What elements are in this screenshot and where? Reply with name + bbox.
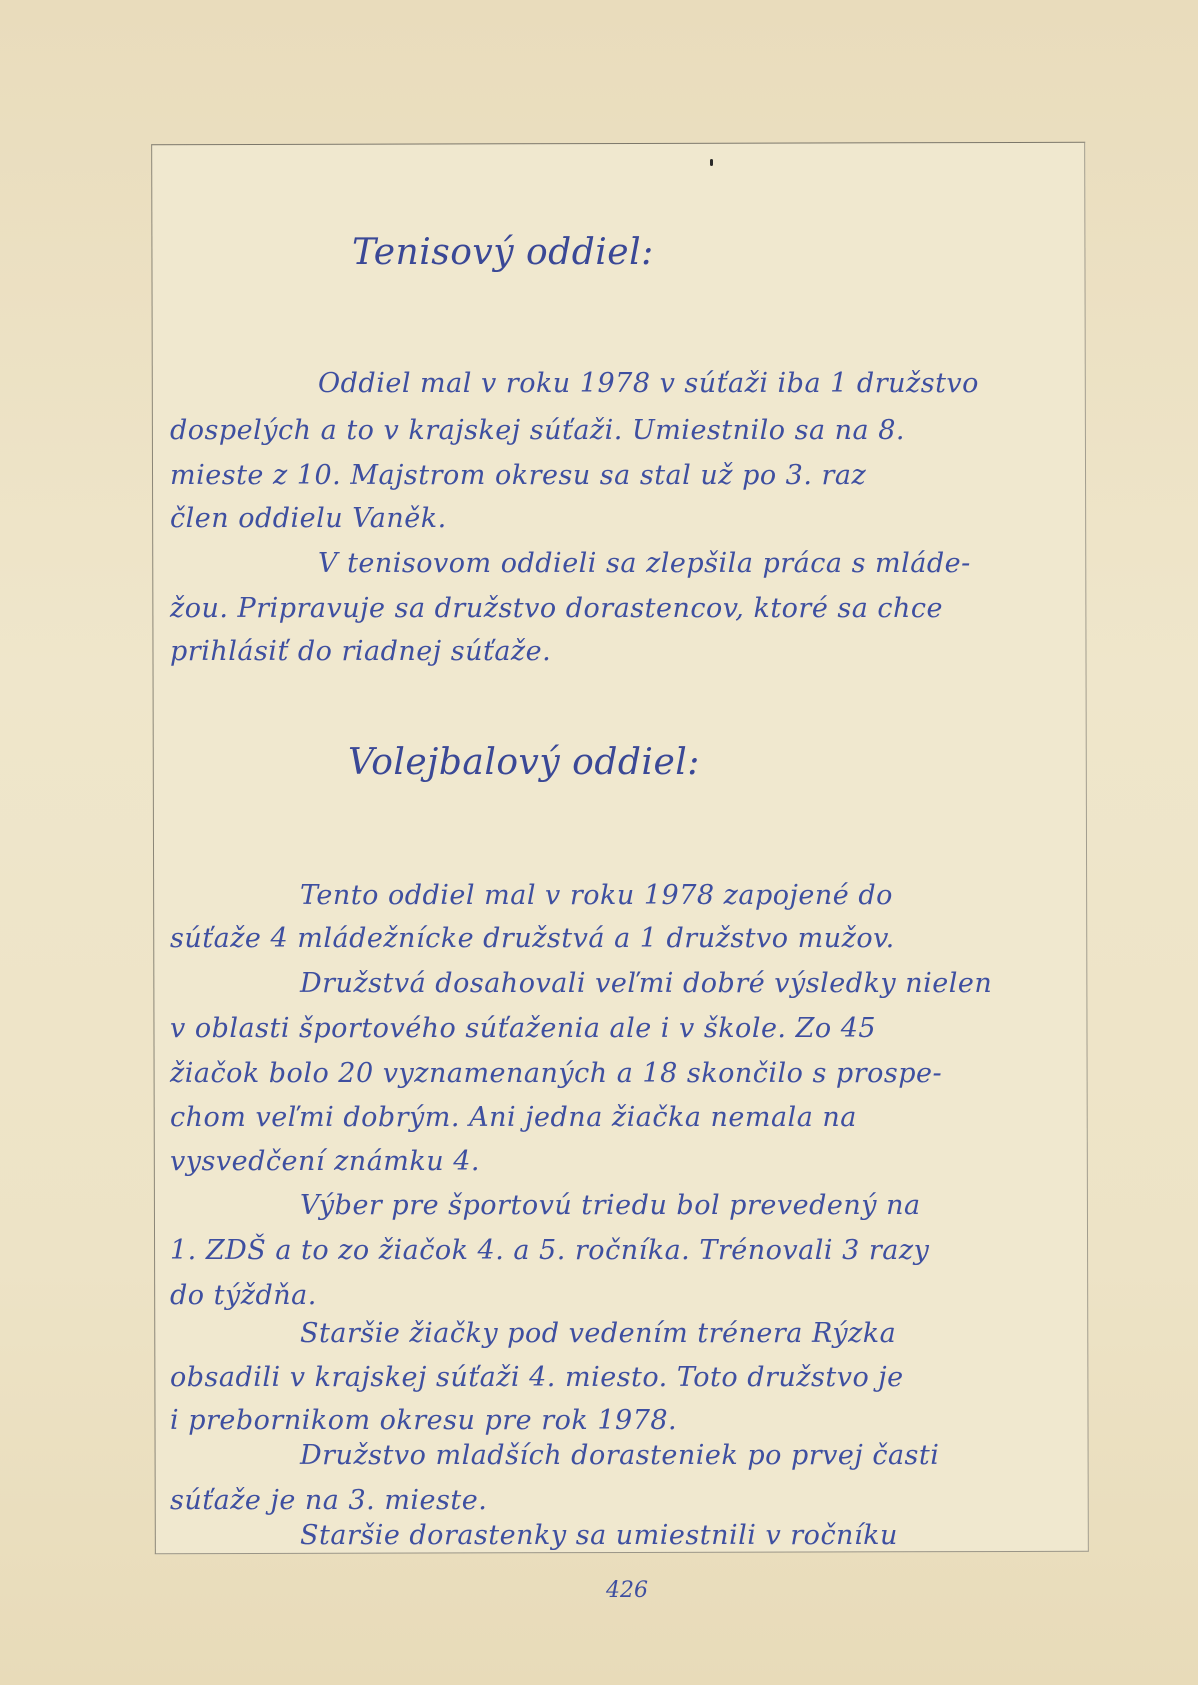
text-line: v oblasti športového súťaženia ale i v š… xyxy=(170,1013,876,1044)
text-line: Tento oddiel mal v roku 1978 zapojené do xyxy=(300,880,893,911)
text-line: dospelých a to v krajskej súťaži. Umiest… xyxy=(170,415,905,446)
section-heading-volleyball: Volejbalový oddiel: xyxy=(348,742,700,783)
text-line: žiačok bolo 20 vyznamenaných a 18 skonči… xyxy=(170,1058,942,1089)
text-line: 1. ZDŠ a to zo žiačok 4. a 5. ročníka. T… xyxy=(170,1235,929,1266)
text-line: V tenisovom oddieli sa zlepšila práca s … xyxy=(318,548,971,579)
text-line: mieste z 10. Majstrom okresu sa stal už … xyxy=(170,460,866,491)
text-line: žou. Pripravuje sa družstvo dorastencov,… xyxy=(170,593,943,624)
text-line: vysvedčení známku 4. xyxy=(170,1146,480,1177)
text-line: obsadili v krajskej súťaži 4. miesto. To… xyxy=(170,1362,904,1393)
text-line: Výber pre športovú triedu bol prevedený … xyxy=(300,1190,921,1221)
text-line: Oddiel mal v roku 1978 v súťaži iba 1 dr… xyxy=(318,368,979,399)
text-line: Staršie dorastenky sa umiestnili v roční… xyxy=(300,1520,898,1551)
text-line: súťaže 4 mládežnícke družstvá a 1 družst… xyxy=(170,923,895,954)
text-line: i prebornikom okresu pre rok 1978. xyxy=(170,1405,677,1436)
text-line: do týždňa. xyxy=(170,1280,317,1311)
text-line: Družstvá dosahovali veľmi dobré výsledky… xyxy=(300,968,992,999)
text-line: súťaže je na 3. mieste. xyxy=(170,1485,487,1516)
section-heading-tennis: Tenisový oddiel: xyxy=(352,232,654,273)
text-line: chom veľmi dobrým. Ani jedna žiačka nema… xyxy=(170,1102,857,1133)
ink-speck xyxy=(710,159,713,166)
text-line: prihlásiť do riadnej súťaže. xyxy=(170,636,551,667)
page-number: 426 xyxy=(606,1578,648,1603)
text-line: člen oddielu Vaněk. xyxy=(170,503,447,534)
text-line: Staršie žiačky pod vedením trénera Rýzka xyxy=(300,1318,896,1349)
text-line: Družstvo mladších dorasteniek po prvej č… xyxy=(300,1440,939,1471)
